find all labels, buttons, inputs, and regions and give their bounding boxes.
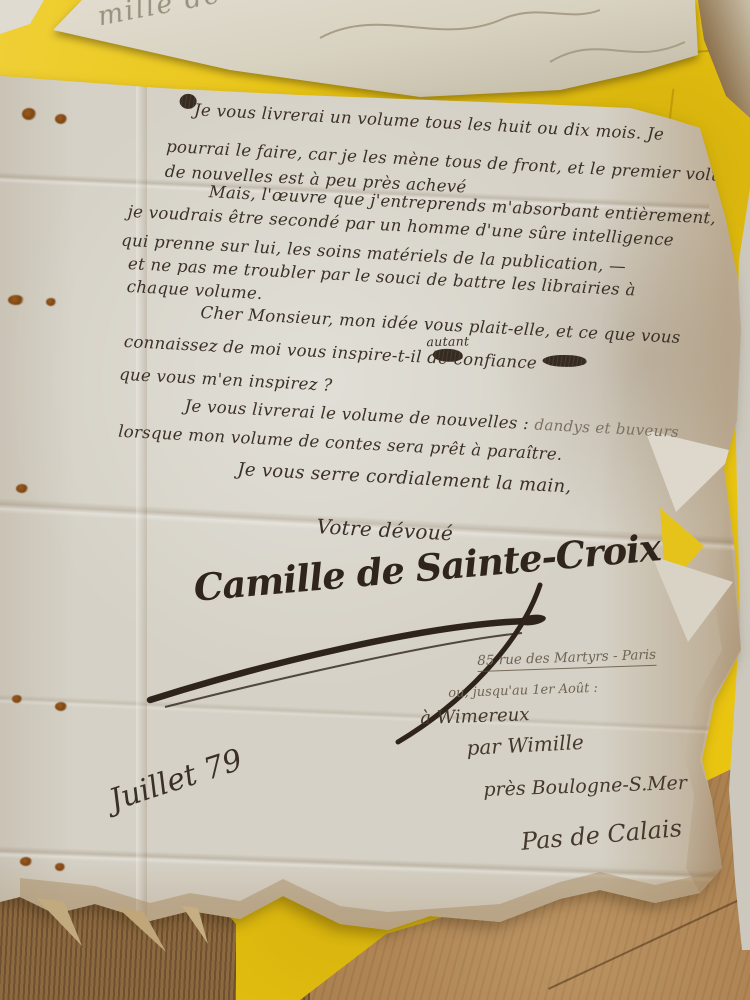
letter-line: chaque volume. [126, 277, 263, 303]
inserted-word: autant [426, 333, 469, 349]
letter-line: Je vous livrerai un volume tous les huit… [194, 100, 665, 144]
closing-line: Je vous serre cordialement la main, [237, 459, 572, 497]
photo-of-manuscript-letter: mille de Sainte [0, 0, 750, 1000]
letter-line-part-pencil: dandys et buveurs [534, 415, 679, 441]
letter-page: Je vous livrerai un volume tous les huit… [0, 0, 750, 1000]
address-wimereux: à Wimereux [420, 704, 530, 729]
letter-body: Je vous livrerai un volume tous les huit… [0, 70, 749, 948]
letter-line: que vous m'en inspirez ? [119, 365, 333, 395]
scratched-word [542, 355, 586, 368]
valediction: Votre dévoué [316, 514, 454, 545]
letter-line-with-corrections: connaissez de moi vous inspire-t-il auta… [123, 332, 537, 373]
letter-line-part: connaissez de moi vous inspire-t-il [123, 332, 422, 367]
letter-wrap: Je vous livrerai un volume tous les huit… [0, 0, 750, 1000]
